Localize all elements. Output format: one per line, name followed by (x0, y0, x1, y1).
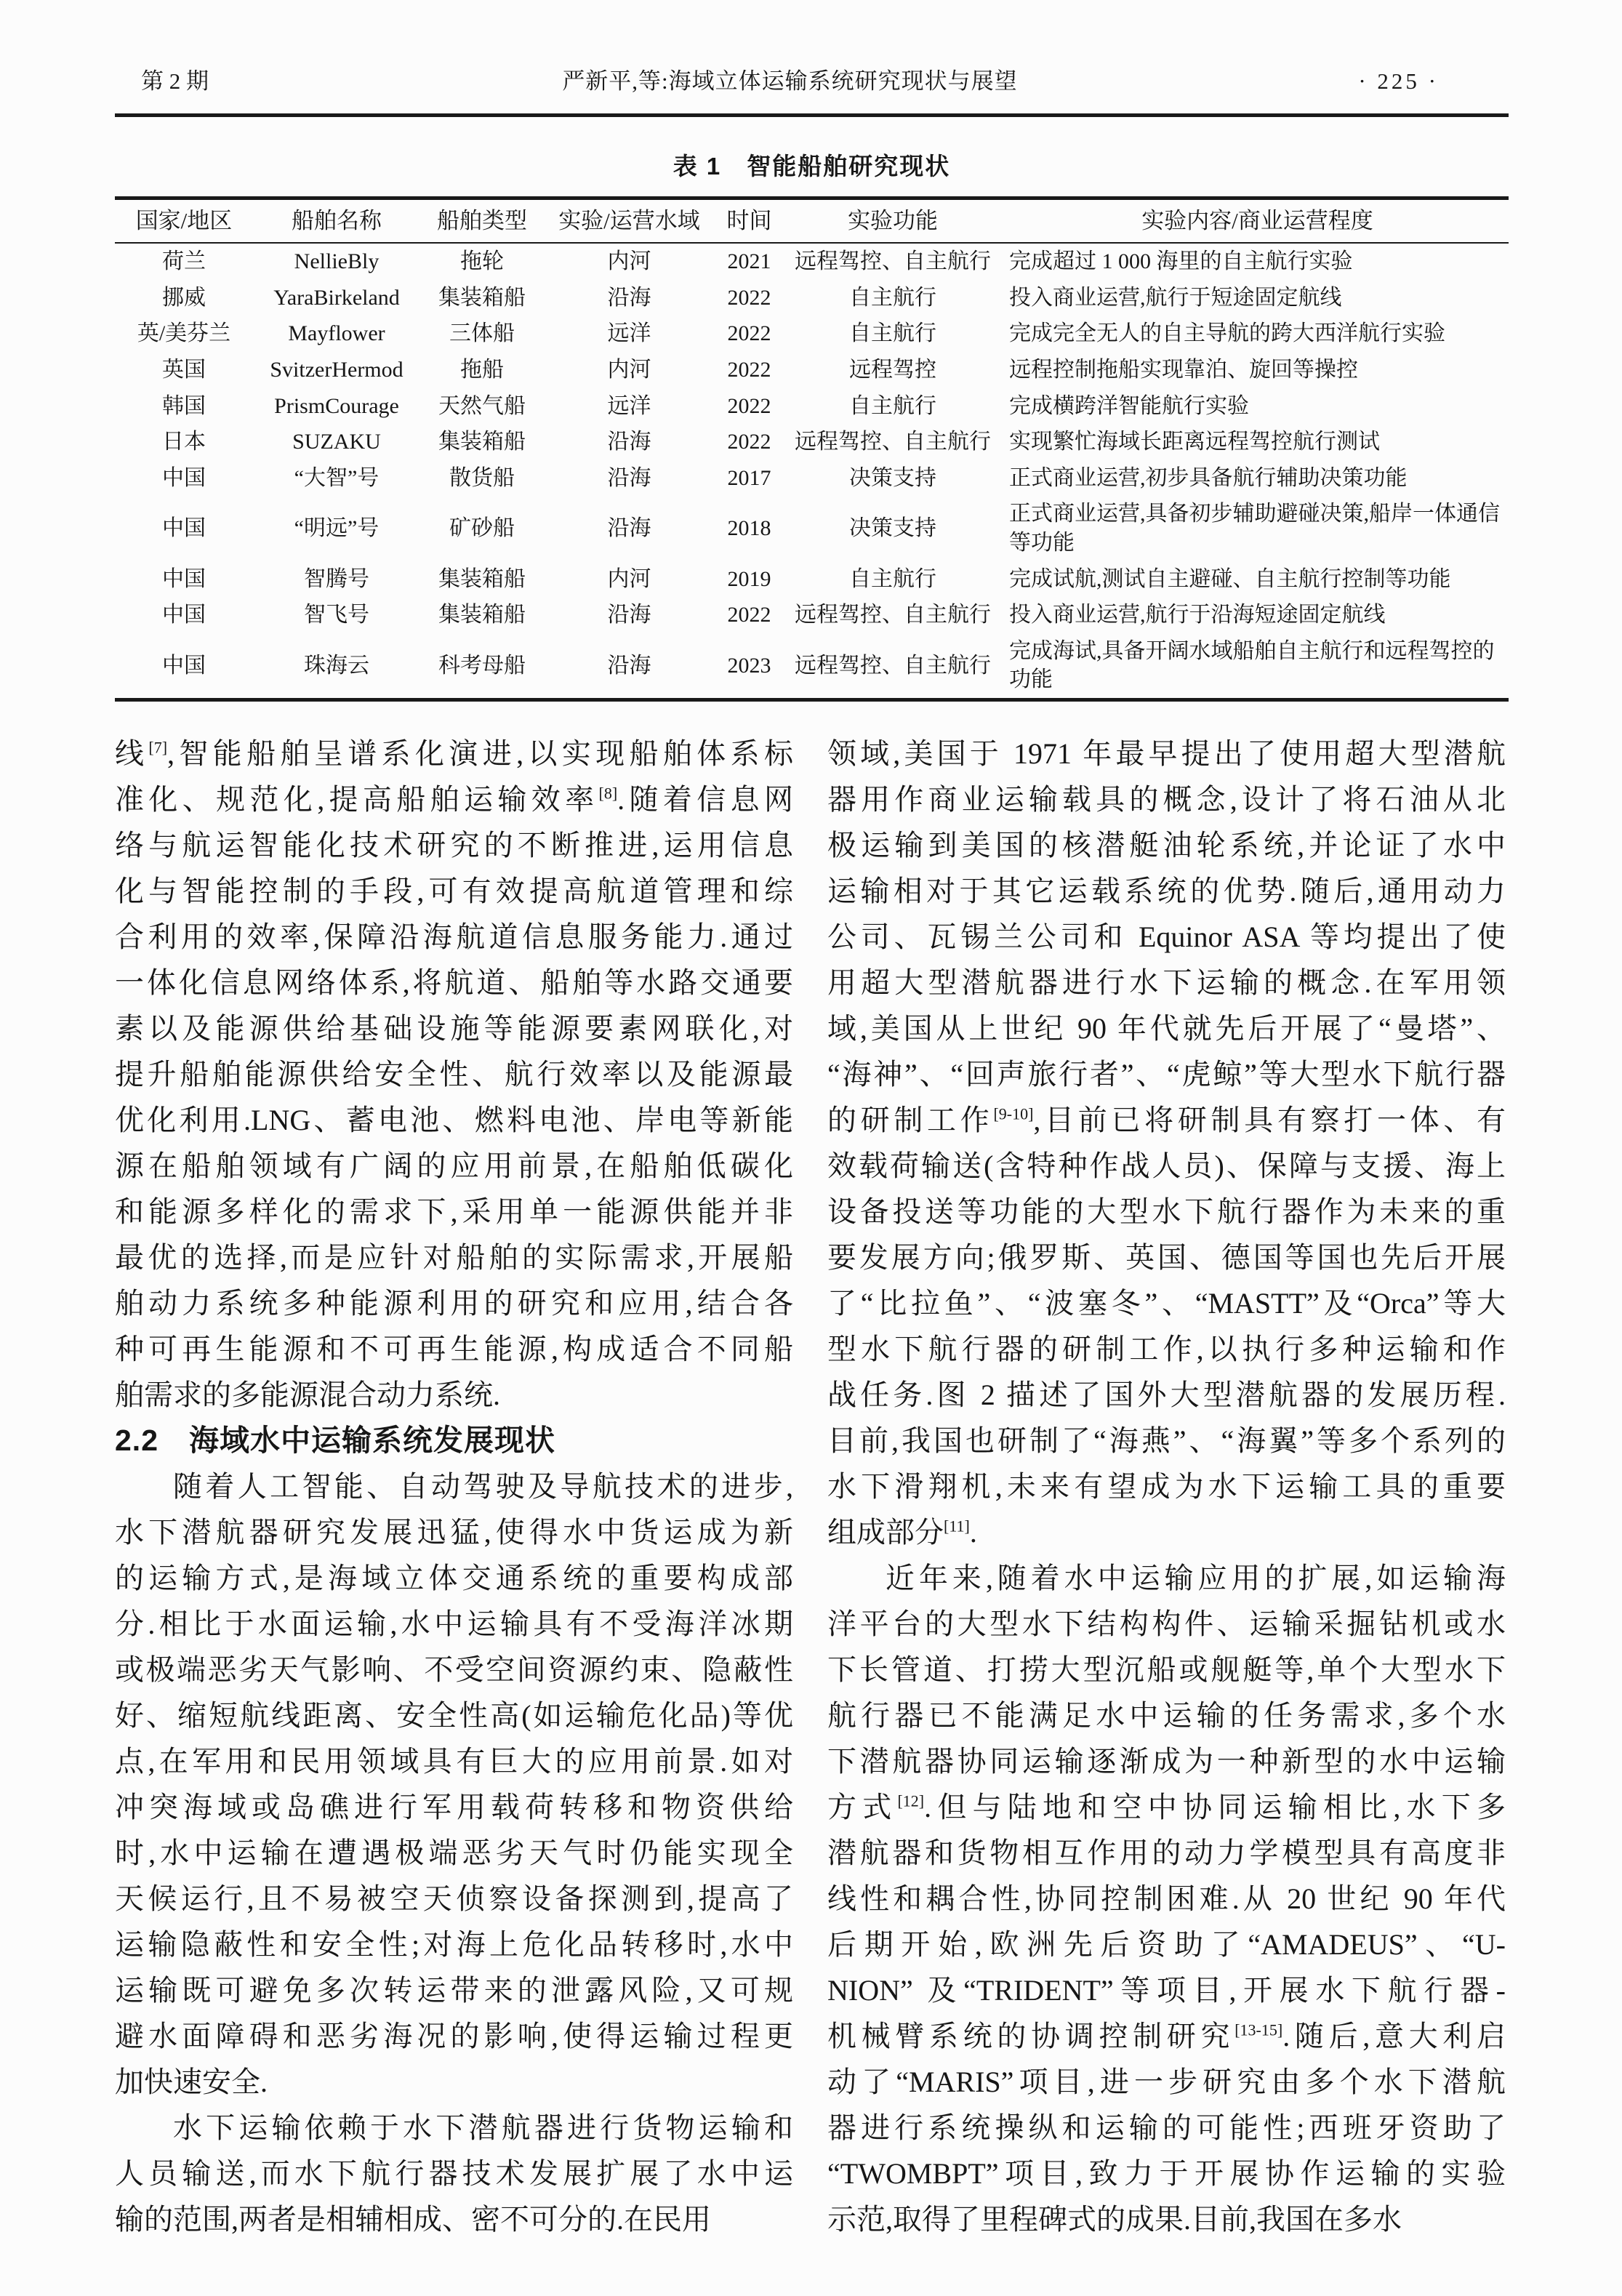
table-row: 韩国PrismCourage天然气船远洋2022自主航行完成横跨洋智能航行实验 (115, 388, 1509, 425)
text-line: 洋平台的大型水下结构构件、运输采掘钻机或水 (827, 1601, 1506, 1647)
text-line: NION” 及“TRIDENT”等项目,开展水下航行器- (827, 1967, 1506, 2013)
text-line: 了“比拉鱼”、“波塞冬”、“MASTT”及“Orca”等大 (827, 1280, 1506, 1326)
left-column: 线[7],智能船舶呈谱系化演进,以实现船舶体系标准化、规范化,提高船舶运输效率[… (115, 731, 793, 2242)
table-row: 中国智腾号集装箱船内河2019自主航行完成试航,测试自主避碰、自主航行控制等功能 (115, 561, 1509, 598)
table-cell: 沿海 (544, 424, 715, 460)
reference-marker: [9-10] (993, 1105, 1033, 1123)
text-line: 极运输到美国的核潜艇油轮系统,并论证了水中 (827, 822, 1506, 868)
table-cell: NellieBly (253, 243, 420, 280)
table-cell: 2018 (715, 496, 784, 561)
table-row: 荷兰NellieBly拖轮内河2021远程驾控、自主航行完成超过 1 000 海… (115, 243, 1509, 280)
table-cell: 2022 (715, 352, 784, 388)
table-cell: 远程驾控 (784, 352, 1002, 388)
column-header: 国家/地区 (115, 198, 253, 244)
text-line: 络与航运智能化技术研究的不断推进,运用信息 (115, 822, 793, 868)
table-cell: 散货船 (420, 460, 544, 497)
table-cell: 沿海 (544, 460, 715, 497)
table-cell: 集装箱船 (420, 280, 544, 316)
reference-marker: [8] (599, 784, 618, 803)
table-caption: 表 1 智能船舶研究现状 (115, 148, 1509, 182)
text-line: 航行器已不能满足水中运输的任务需求,多个水 (827, 1693, 1506, 1738)
table-cell: 2022 (715, 424, 784, 460)
text-line: 目前,我国也研制了“海燕”、“海翼”等多个系列的 (827, 1418, 1506, 1464)
section-heading: 2.2 海域水中运输系统发展现状 (115, 1418, 793, 1464)
body-text: 线[7],智能船舶呈谱系化演进,以实现船舶体系标准化、规范化,提高船舶运输效率[… (115, 731, 1509, 2242)
column-header: 实验/运营水域 (544, 198, 715, 244)
text-line: 器用作商业运输载具的概念,设计了将石油从北 (827, 776, 1506, 822)
table-cell: 沿海 (544, 280, 715, 316)
column-header: 实验功能 (784, 198, 1002, 244)
table-cell: 远程驾控、自主航行 (784, 597, 1002, 633)
table-cell: 内河 (544, 561, 715, 598)
table-row: 日本SUZAKU集装箱船沿海2022远程驾控、自主航行实现繁忙海域长距离远程驾控… (115, 424, 1509, 460)
page-number: · 225 · (1221, 67, 1509, 96)
text-line: 的研制工作[9-10],目前已将研制具有察打一体、有 (827, 1097, 1506, 1143)
table-cell: 正式商业运营,初步具备航行辅助决策功能 (1002, 460, 1509, 497)
text-line: 天候运行,且不易被空天侦察设备探测到,提高了 (115, 1876, 793, 1922)
table-cell: 智腾号 (253, 561, 420, 598)
text-line: 水下滑翔机,未来有望成为水下运输工具的重要 (827, 1464, 1506, 1509)
table-cell: 沿海 (544, 496, 715, 561)
text-line: 冲突海域或岛礁进行军用载荷转移和物资供给 (115, 1784, 793, 1830)
table-cell: 内河 (544, 352, 715, 388)
table-cell: 中国 (115, 597, 253, 633)
table-row: 英/美芬兰Mayflower三体船远洋2022自主航行完成完全无人的自主导航的跨… (115, 316, 1509, 352)
text-line: 化与智能控制的手段,可有效提高航道管理和综 (115, 868, 793, 914)
text-line: 时,水中运输在遭遇极端恶劣天气时仍能实现全 (115, 1830, 793, 1876)
table-cell: 远程控制拖船实现靠泊、旋回等操控 (1002, 352, 1509, 388)
table-cell: 中国 (115, 561, 253, 598)
table-cell: 英/美芬兰 (115, 316, 253, 352)
column-header: 船舶类型 (420, 198, 544, 244)
table-cell: 日本 (115, 424, 253, 460)
text-line: 运输隐蔽性和安全性;对海上危化品转移时,水中 (115, 1922, 793, 1967)
table-cell: 2017 (715, 460, 784, 497)
text-line: 型水下航行器的研制工作,以执行多种运输和作 (827, 1326, 1506, 1372)
text-line: 水下运输依赖于水下潜航器进行货物运输和 (115, 2105, 793, 2151)
table-cell: 2022 (715, 388, 784, 425)
text-line: 水下潜航器研究发展迅猛,使得水中货运成为新 (115, 1509, 793, 1555)
text-line: 避水面障碍和恶劣海况的影响,使得运输过程更 (115, 2013, 793, 2059)
table-cell: “大智”号 (253, 460, 420, 497)
text-line: 提升船舶能源供给安全性、航行效率以及能源最 (115, 1051, 793, 1097)
table-cell: 实现繁忙海域长距离远程驾控航行测试 (1002, 424, 1509, 460)
table-cell: 沿海 (544, 597, 715, 633)
text-line: 线[7],智能船舶呈谱系化演进,以实现船舶体系标 (115, 731, 793, 776)
issue-number: 第 2 期 (115, 67, 359, 96)
running-title: 严新平,等:海域立体运输系统研究现状与展望 (359, 67, 1221, 96)
table-row: 英国SvitzerHermod拖船内河2022远程驾控远程控制拖船实现靠泊、旋回… (115, 352, 1509, 388)
table-cell: 远程驾控、自主航行 (784, 243, 1002, 280)
text-line: 和能源多样化的需求下,采用单一能源供能并非 (115, 1189, 793, 1235)
table-cell: 完成横跨洋智能航行实验 (1002, 388, 1509, 425)
table-cell: 自主航行 (784, 280, 1002, 316)
column-header: 实验内容/商业运营程度 (1002, 198, 1509, 244)
table-cell: 投入商业运营,航行于沿海短途固定航线 (1002, 597, 1509, 633)
text-line: 的运输方式,是海域立体交通系统的重要构成部 (115, 1555, 793, 1601)
table-cell: 远程驾控、自主航行 (784, 633, 1002, 700)
text-line: “TWOMBPT”项目,致力于开展协作运输的实验 (827, 2151, 1506, 2196)
text-line: 素以及能源供给基础设施等能源要素网联化,对 (115, 1005, 793, 1051)
table-cell: 荷兰 (115, 243, 253, 280)
text-line: 优化利用.LNG、蓄电池、燃料电池、岸电等新能 (115, 1097, 793, 1143)
text-line: 潜航器和货物相互作用的动力学模型具有高度非 (827, 1830, 1506, 1876)
text-line: 线性和耦合性,协同控制困难.从 20 世纪 90 年代 (827, 1876, 1506, 1922)
text-line: 下长管道、打捞大型沉船或舰艇等,单个大型水下 (827, 1647, 1506, 1693)
table-cell: 2019 (715, 561, 784, 598)
table-cell: 集装箱船 (420, 424, 544, 460)
text-line: 下潜航器协同运输逐渐成为一种新型的水中运输 (827, 1738, 1506, 1784)
table-row: 中国“明远”号矿砂船沿海2018决策支持正式商业运营,具备初步辅助避碰决策,船岸… (115, 496, 1509, 561)
text-line: 后期开始,欧洲先后资助了“AMADEUS”、“U- (827, 1922, 1506, 1967)
table-cell: 中国 (115, 633, 253, 700)
table-cell: 集装箱船 (420, 597, 544, 633)
table-cell: 天然气船 (420, 388, 544, 425)
table-cell: 矿砂船 (420, 496, 544, 561)
reference-marker: [11] (944, 1517, 970, 1536)
text-line: 一体化信息网络体系,将航道、船舶等水路交通要 (115, 960, 793, 1005)
table-cell: 科考母船 (420, 633, 544, 700)
text-line: 效载荷输送(含特种作战人员)、保障与支援、海上 (827, 1143, 1506, 1189)
table-cell: 2023 (715, 633, 784, 700)
table-row: 中国珠海云科考母船沿海2023远程驾控、自主航行完成海试,具备开阔水域船舶自主航… (115, 633, 1509, 700)
table-cell: 自主航行 (784, 316, 1002, 352)
table-cell: 自主航行 (784, 561, 1002, 598)
column-header: 船舶名称 (253, 198, 420, 244)
text-line: 设备投送等功能的大型水下航行器作为未来的重 (827, 1189, 1506, 1235)
table-cell: SUZAKU (253, 424, 420, 460)
reference-marker: [7] (148, 739, 167, 757)
table-cell: YaraBirkeland (253, 280, 420, 316)
text-line: 运输相对于其它运载系统的优势.随后,通用动力 (827, 868, 1506, 914)
table-cell: 中国 (115, 460, 253, 497)
table-cell: 英国 (115, 352, 253, 388)
table-cell: 2022 (715, 316, 784, 352)
table-cell: 2022 (715, 597, 784, 633)
table-cell: 完成完全无人的自主导航的跨大西洋航行实验 (1002, 316, 1509, 352)
table-cell: 远洋 (544, 316, 715, 352)
table-cell: 远洋 (544, 388, 715, 425)
table-cell: “明远”号 (253, 496, 420, 561)
page: 第 2 期 严新平,等:海域立体运输系统研究现状与展望 · 225 · 表 1 … (0, 0, 1622, 2242)
reference-marker: [12] (897, 1792, 924, 1810)
table-cell: 内河 (544, 243, 715, 280)
table-cell: 远程驾控、自主航行 (784, 424, 1002, 460)
table-row: 中国智飞号集装箱船沿海2022远程驾控、自主航行投入商业运营,航行于沿海短途固定… (115, 597, 1509, 633)
text-line: 示范,取得了里程碑式的成果.目前,我国在多水 (827, 2196, 1506, 2242)
table-cell: 拖轮 (420, 243, 544, 280)
text-line: 战任务.图 2 描述了国外大型潜航器的发展历程. (827, 1372, 1506, 1418)
text-line: 加快速安全. (115, 2059, 793, 2105)
text-line: 要发展方向;俄罗斯、英国、德国等国也先后开展 (827, 1235, 1506, 1280)
text-line: 最优的选择,而是应针对船舶的实际需求,开展船 (115, 1235, 793, 1280)
table-cell: 韩国 (115, 388, 253, 425)
text-line: 合利用的效率,保障沿海航道信息服务能力.通过 (115, 914, 793, 960)
text-line: “海神”、“回声旅行者”、“虎鲸”等大型水下航行器 (827, 1051, 1506, 1097)
journal-page: { "colors":{"text":"#161616","rule":"#1a… (0, 0, 1622, 2296)
text-line: 随着人工智能、自动驾驶及导航技术的进步, (115, 1464, 793, 1509)
table-cell: 决策支持 (784, 496, 1002, 561)
text-line: 舶动力系统多种能源利用的研究和应用,结合各 (115, 1280, 793, 1326)
text-line: 用超大型潜航器进行水下运输的概念.在军用领 (827, 960, 1506, 1005)
table-cell: 集装箱船 (420, 561, 544, 598)
text-line: 方式[12].但与陆地和空中协同运输相比,水下多 (827, 1784, 1506, 1830)
table-cell: 沿海 (544, 633, 715, 700)
text-line: 源在船舶领域有广阔的应用前景,在船舶低碳化 (115, 1143, 793, 1189)
table-cell: 投入商业运营,航行于短途固定航线 (1002, 280, 1509, 316)
table-cell: 三体船 (420, 316, 544, 352)
text-line: 公司、瓦锡兰公司和 Equinor ASA 等均提出了使 (827, 914, 1506, 960)
reference-marker: [13-15] (1234, 2021, 1282, 2039)
text-line: 域,美国从上世纪 90 年代就先后开展了“曼塔”、 (827, 1005, 1506, 1051)
table-cell: 2022 (715, 280, 784, 316)
table-cell: 挪威 (115, 280, 253, 316)
text-line: 器进行系统操纵和运输的可能性;西班牙资助了 (827, 2105, 1506, 2151)
intelligent-ship-table: 国家/地区船舶名称船舶类型实验/运营水域时间实验功能实验内容/商业运营程度 荷兰… (115, 196, 1509, 702)
table-cell: SvitzerHermod (253, 352, 420, 388)
table-cell: 正式商业运营,具备初步辅助避碰决策,船岸一体通信等功能 (1002, 496, 1509, 561)
text-line: 人员输送,而水下航行器技术发展扩展了水中运 (115, 2151, 793, 2196)
table-row: 中国“大智”号散货船沿海2017决策支持正式商业运营,初步具备航行辅助决策功能 (115, 460, 1509, 497)
text-line: 输的范围,两者是相辅相成、密不可分的.在民用 (115, 2196, 793, 2242)
header-rule (115, 113, 1509, 117)
text-line: 舶需求的多能源混合动力系统. (115, 1372, 793, 1418)
right-column: 领域,美国于 1971 年最早提出了使用超大型潜航器用作商业运输载具的概念,设计… (827, 731, 1506, 2242)
table-body: 荷兰NellieBly拖轮内河2021远程驾控、自主航行完成超过 1 000 海… (115, 243, 1509, 699)
table-cell: 完成超过 1 000 海里的自主航行实验 (1002, 243, 1509, 280)
table-cell: PrismCourage (253, 388, 420, 425)
table-cell: 智飞号 (253, 597, 420, 633)
table-cell: 珠海云 (253, 633, 420, 700)
table-cell: 2021 (715, 243, 784, 280)
table-cell: 拖船 (420, 352, 544, 388)
table-cell: 完成海试,具备开阔水域船舶自主航行和远程驾控的功能 (1002, 633, 1509, 700)
table-cell: 中国 (115, 496, 253, 561)
text-line: 准化、规范化,提高船舶运输效率[8].随着信息网 (115, 776, 793, 822)
text-line: 机械臂系统的协调控制研究[13-15].随后,意大利启 (827, 2013, 1506, 2059)
table-header-row: 国家/地区船舶名称船舶类型实验/运营水域时间实验功能实验内容/商业运营程度 (115, 198, 1509, 244)
table-cell: 自主航行 (784, 388, 1002, 425)
text-line: 领域,美国于 1971 年最早提出了使用超大型潜航 (827, 731, 1506, 776)
table-cell: 决策支持 (784, 460, 1002, 497)
text-line: 组成部分[11]. (827, 1509, 1506, 1555)
text-line: 分.相比于水面运输,水中运输具有不受海洋冰期 (115, 1601, 793, 1647)
table-cell: Mayflower (253, 316, 420, 352)
column-header: 时间 (715, 198, 784, 244)
running-header: 第 2 期 严新平,等:海域立体运输系统研究现状与展望 · 225 · (115, 67, 1509, 96)
table-row: 挪威YaraBirkeland集装箱船沿海2022自主航行投入商业运营,航行于短… (115, 280, 1509, 316)
text-line: 点,在军用和民用领域具有巨大的应用前景.如对 (115, 1738, 793, 1784)
text-line: 或极端恶劣天气影响、不受空间资源约束、隐蔽性 (115, 1647, 793, 1693)
text-line: 动了“MARIS”项目,进一步研究由多个水下潜航 (827, 2059, 1506, 2105)
text-line: 好、缩短航线距离、安全性高(如运输危化品)等优 (115, 1693, 793, 1738)
table-cell: 完成试航,测试自主避碰、自主航行控制等功能 (1002, 561, 1509, 598)
text-line: 近年来,随着水中运输应用的扩展,如运输海 (827, 1555, 1506, 1601)
text-line: 运输既可避免多次转运带来的泄露风险,又可规 (115, 1967, 793, 2013)
text-line: 种可再生能源和不可再生能源,构成适合不同船 (115, 1326, 793, 1372)
